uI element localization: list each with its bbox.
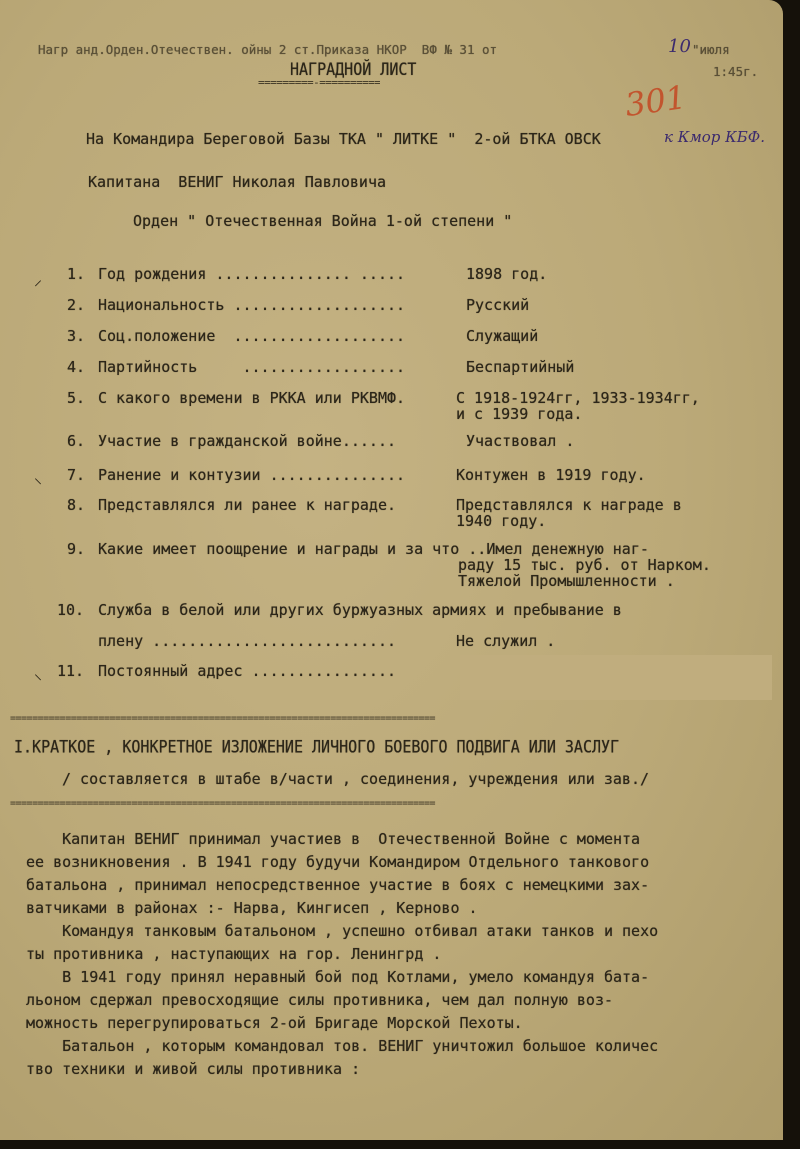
field-value: Служащий	[466, 327, 538, 345]
field-label: Соц.положение ...................	[98, 327, 405, 345]
field-number: 10.	[57, 601, 84, 619]
title-underline: =========-==========	[258, 76, 380, 89]
narrative-line: льоном сдержал превосходящие силы против…	[26, 991, 613, 1009]
section-separator-bottom: ========================================…	[10, 798, 770, 809]
recipient-position: На Командира Береговой Базы ТКА " ЛИТКЕ …	[86, 130, 601, 148]
award-name: Орден " Отечественная Война 1-ой степени…	[133, 212, 512, 230]
field-value: 1898 год.	[466, 265, 547, 283]
field-value-label: плену ...........................	[98, 632, 396, 650]
field-number: 8.	[67, 496, 85, 514]
field-number: 5.	[67, 389, 85, 407]
field-value-continued: Тяжелой Промышленности .	[458, 572, 675, 590]
field-number: 1.	[67, 265, 85, 283]
section-heading: I.КРАТКОЕ , КОНКРЕТНОЕ ИЗЛОЖЕНИЕ ЛИЧНОГО…	[14, 737, 619, 757]
narrative-line: можность перегрупироваться 2-ой Бригаде …	[26, 1014, 523, 1032]
field-number: 9.	[67, 540, 85, 558]
section-separator-top: ========================================…	[10, 713, 770, 724]
redacted-address-area	[460, 655, 772, 700]
narrative-line: ватчиками в районах :- Нарва, Кингисеп ,…	[26, 899, 478, 917]
field-label: Партийность ..................	[98, 358, 405, 376]
field-value-continued: 1940 году.	[456, 512, 546, 530]
field-label: Ранение и контузии ...............	[98, 466, 405, 484]
award-sheet-page: Нагр анд.Орден.Отечествен. ойны 2 ст.При…	[0, 0, 783, 1140]
recipient-name: Капитана ВЕНИГ Николая Павловича	[88, 173, 386, 191]
field-number: 4.	[67, 358, 85, 376]
field-label: Национальность ...................	[98, 296, 405, 314]
handwritten-date: 10	[668, 36, 691, 57]
field-label: Участие в гражданской войне......	[98, 432, 396, 450]
field-number: 3.	[67, 327, 85, 345]
field-value: Русский	[466, 296, 529, 314]
field-value: Беспартийный	[466, 358, 574, 376]
archive-number-annotation: 301	[623, 78, 689, 124]
field-number: 2.	[67, 296, 85, 314]
field-number: 11.	[57, 662, 84, 680]
narrative-line: тво техники и живой силы противника :	[26, 1060, 360, 1078]
field-label: Служба в белой или других буржуазных арм…	[98, 601, 622, 619]
narrative-line: Батальон , которым командовал тов. ВЕНИГ…	[26, 1037, 658, 1055]
field-label: Постоянный адрес ................	[98, 662, 396, 680]
award-order-month: "июля	[692, 42, 730, 57]
narrative-line: батальона , принимал непосредственное уч…	[26, 876, 649, 894]
punch-hole-mark: ⸝	[34, 268, 48, 282]
field-label: С какого времени в РККА или РКВМФ.	[98, 389, 405, 407]
field-value-continued: и с 1939 года.	[456, 405, 582, 423]
award-order-line: Нагр анд.Орден.Отечествен. ойны 2 ст.При…	[38, 42, 497, 57]
field-value: Не служил .	[456, 632, 555, 650]
narrative-line: В 1941 году принял неравный бой под Котл…	[26, 968, 649, 986]
section-subheading: / составляется в штабе в/части , соедине…	[62, 770, 649, 788]
field-number: 6.	[67, 432, 85, 450]
award-order-year: 1:45г.	[713, 64, 758, 79]
punch-hole-mark: ⸜	[34, 466, 48, 480]
field-value: Участвовал .	[466, 432, 574, 450]
field-label: Представлялся ли ранее к награде.	[98, 496, 396, 514]
narrative-line: ее возникновения . В 1941 году будучи Ко…	[26, 853, 649, 871]
field-value: Контужен в 1919 году.	[456, 466, 646, 484]
narrative-line: Командуя танковым батальоном , успешно о…	[26, 922, 658, 940]
narrative-line: Капитан ВЕНИГ принимал участиев в Отечес…	[26, 830, 640, 848]
field-number: 7.	[67, 466, 85, 484]
field-label: Год рождения ............... .....	[98, 265, 405, 283]
handwritten-unit-annotation: к Кмор КБФ.	[664, 128, 765, 146]
narrative-line: ты противника , наступающих на гор. Лени…	[26, 945, 441, 963]
punch-hole-mark: ⸜	[34, 662, 48, 676]
